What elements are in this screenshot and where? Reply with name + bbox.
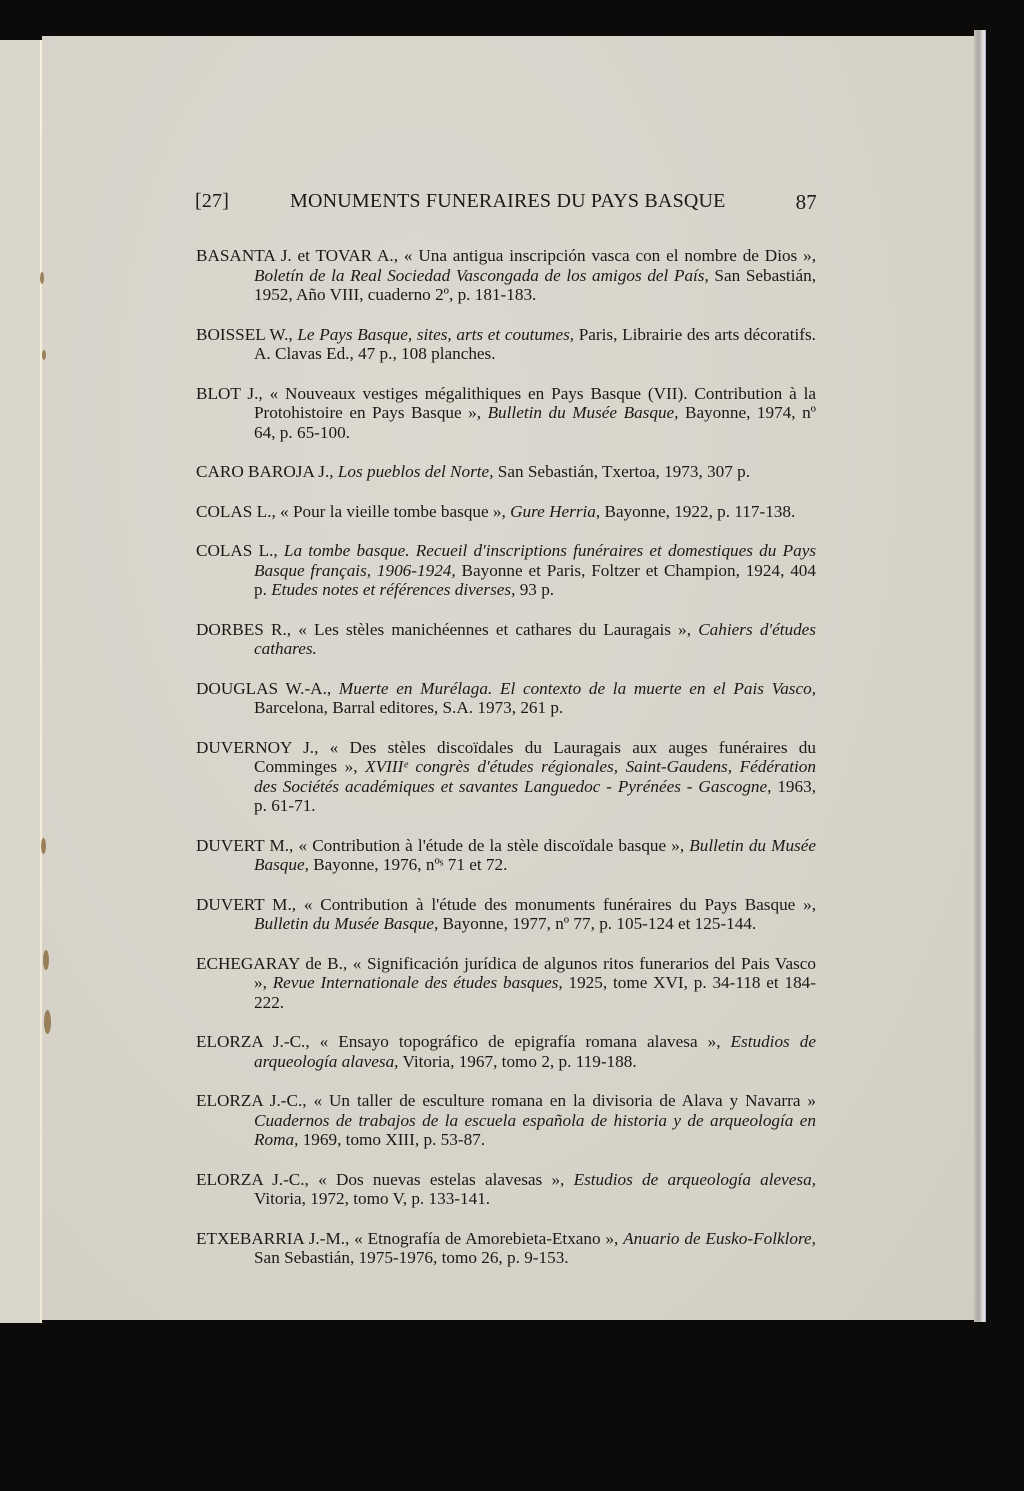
entry-text: Bayonne, 1976, nºˢ 71 et 72. bbox=[309, 855, 508, 874]
bibliography-entry: DUVERT M., « Contribution à l'étude de l… bbox=[196, 836, 816, 875]
entry-author: DORBES R., bbox=[196, 620, 291, 639]
entry-title-italic: Revue Internationale des études basques, bbox=[273, 973, 563, 992]
bibliography-entry: COLAS L., La tombe basque. Recueil d'ins… bbox=[196, 541, 816, 600]
paper-stain bbox=[40, 272, 44, 284]
paper-stain bbox=[44, 1010, 51, 1034]
entry-author: DUVERT M., bbox=[196, 836, 293, 855]
running-title: MONUMENTS FUNERAIRES DU PAYS BASQUE bbox=[290, 190, 726, 213]
bibliography-entry: BOISSEL W., Le Pays Basque, sites, arts … bbox=[196, 325, 816, 364]
page-number: 87 bbox=[796, 190, 817, 215]
bibliography-entry: BASANTA J. et TOVAR A., « Una antigua in… bbox=[196, 246, 816, 305]
bibliography-entry: CARO BAROJA J., Los pueblos del Norte, S… bbox=[196, 462, 816, 482]
paper-stain bbox=[42, 350, 46, 360]
entry-title-italic: Bulletin du Musée Basque, bbox=[488, 403, 679, 422]
entry-title-italic: Le Pays Basque, sites, arts et coutumes, bbox=[297, 325, 574, 344]
entry-author: DOUGLAS W.-A., bbox=[196, 679, 331, 698]
entry-text: « Un taller de esculture romana en la di… bbox=[307, 1091, 816, 1110]
entry-text: « Contribution à l'étude des monuments f… bbox=[296, 895, 816, 914]
entry-text: Bayonne, 1922, p. 117-138. bbox=[600, 502, 795, 521]
entry-text: 93 p. bbox=[515, 580, 554, 599]
paper-stain bbox=[41, 838, 46, 854]
entry-title-italic: Gure Herria, bbox=[510, 502, 600, 521]
entry-text: San Sebastián, Txertoa, 1973, 307 p. bbox=[494, 462, 751, 481]
entry-text: « Les stèles manichéennes et cathares du… bbox=[291, 620, 698, 639]
bibliography-entry: ETXEBARRIA J.-M., « Etnografía de Amoreb… bbox=[196, 1229, 816, 1268]
entry-title-italic: Anuario de Eusko-Folklore, bbox=[623, 1229, 816, 1248]
entry-author: BASANTA J. et TOVAR A., bbox=[196, 246, 398, 265]
entry-text: 1969, tomo XIII, p. 53-87. bbox=[298, 1130, 485, 1149]
section-number: [27] bbox=[195, 190, 229, 213]
entry-author: ELORZA J.-C., bbox=[196, 1032, 310, 1051]
entry-author: COLAS L., bbox=[196, 502, 276, 521]
bibliography-entry: ELORZA J.-C., « Dos nuevas estelas alave… bbox=[196, 1170, 816, 1209]
entry-author: BOISSEL W., bbox=[196, 325, 293, 344]
entry-author: ETXEBARRIA J.-M., bbox=[196, 1229, 349, 1248]
entry-author: DUVERT M., bbox=[196, 895, 296, 914]
facing-page-edge bbox=[0, 40, 41, 1323]
entry-text bbox=[331, 679, 339, 698]
entry-title-italic: Bulletin du Musée Basque, bbox=[254, 914, 438, 933]
bibliography-entry: DORBES R., « Les stèles manichéennes et … bbox=[196, 620, 816, 659]
entry-text: Bayonne, 1977, nº 77, p. 105-124 et 125-… bbox=[438, 914, 756, 933]
entry-text: « Contribution à l'étude de la stèle dis… bbox=[293, 836, 689, 855]
entry-title-italic: Muerte en Murélaga. El contexto de la mu… bbox=[339, 679, 816, 698]
entry-text: « Dos nuevas estelas alavesas », bbox=[309, 1170, 574, 1189]
entry-text: « Una antigua inscripción vasca con el n… bbox=[398, 246, 816, 265]
page-stack-edge bbox=[974, 30, 986, 1322]
entry-text: Barcelona, Barral editores, S.A. 1973, 2… bbox=[254, 698, 563, 717]
bibliography-list: BASANTA J. et TOVAR A., « Una antigua in… bbox=[196, 246, 816, 1288]
entry-author: CARO BAROJA J., bbox=[196, 462, 334, 481]
bibliography-entry: COLAS L., « Pour la vieille tombe basque… bbox=[196, 502, 816, 522]
entry-title-italic: Boletín de la Real Sociedad Vascongada d… bbox=[254, 266, 709, 285]
entry-text: Vitoria, 1967, tomo 2, p. 119-188. bbox=[398, 1052, 636, 1071]
entry-author: BLOT J., bbox=[196, 384, 263, 403]
entry-text: Vitoria, 1972, tomo V, p. 133-141. bbox=[254, 1189, 490, 1208]
bibliography-entry: ELORZA J.-C., « Un taller de esculture r… bbox=[196, 1091, 816, 1150]
bibliography-entry: ELORZA J.-C., « Ensayo topográfico de ep… bbox=[196, 1032, 816, 1071]
entry-author: ELORZA J.-C., bbox=[196, 1091, 307, 1110]
entry-text: San Sebastián, 1975-1976, tomo 26, p. 9-… bbox=[254, 1248, 569, 1267]
bibliography-entry: BLOT J., « Nouveaux vestiges mégalithiqu… bbox=[196, 384, 816, 443]
bibliography-entry: DUVERNOY J., « Des stèles discoïdales du… bbox=[196, 738, 816, 816]
entry-title-italic: Los pueblos del Norte, bbox=[338, 462, 494, 481]
bibliography-entry: DOUGLAS W.-A., Muerte en Murélaga. El co… bbox=[196, 679, 816, 718]
bibliography-entry: ECHEGARAY de B., « Significación jurídic… bbox=[196, 954, 816, 1013]
running-header: [27] MONUMENTS FUNERAIRES DU PAYS BASQUE… bbox=[195, 190, 817, 220]
entry-author: ELORZA J.-C., bbox=[196, 1170, 309, 1189]
entry-author: ECHEGARAY de B., bbox=[196, 954, 347, 973]
entry-author: DUVERNOY J., bbox=[196, 738, 318, 757]
bibliography-entry: DUVERT M., « Contribution à l'étude des … bbox=[196, 895, 816, 934]
entry-title-italic: Estudios de arqueología alevesa, bbox=[574, 1170, 816, 1189]
paper-stain bbox=[43, 950, 49, 970]
entry-author: COLAS L., bbox=[196, 541, 278, 560]
entry-title-italic: Etudes notes et références diverses, bbox=[271, 580, 515, 599]
entry-text: « Ensayo topográfico de epigrafía romana… bbox=[310, 1032, 731, 1051]
entry-text: « Pour la vieille tombe basque », bbox=[276, 502, 510, 521]
entry-text: « Etnografía de Amorebieta-Etxano », bbox=[349, 1229, 623, 1248]
